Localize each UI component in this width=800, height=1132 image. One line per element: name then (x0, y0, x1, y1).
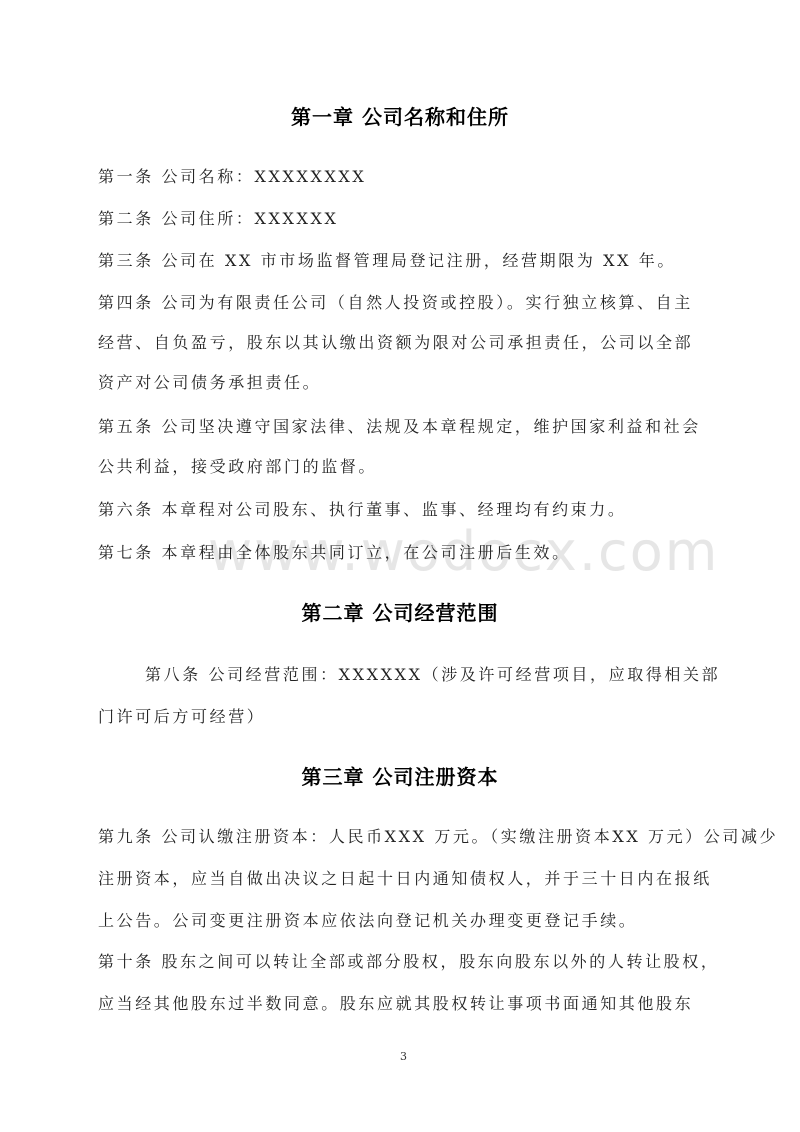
article-3: 第三条 公司在 XX 市市场监督管理局登记注册，经营期限为 XX 年。 (98, 250, 676, 272)
chapter-1-title: 第一章 公司名称和住所 (0, 105, 800, 129)
article-7: 第七条 本章程由全体股东共同订立，在公司注册后生效。 (98, 542, 571, 564)
article-4-line-2: 经营、自负盈亏，股东以其认缴出资额为限对公司承担责任，公司以全部 (98, 332, 693, 354)
article-8-line-2: 门许可后方可经营） (98, 706, 265, 728)
article-6: 第六条 本章程对公司股东、执行董事、监事、经理均有约束力。 (98, 499, 627, 521)
article-5-line-1: 第五条 公司坚决遵守国家法律、法规及本章程规定，维护国家利益和社会 (98, 416, 701, 438)
chapter-3-title: 第三章 公司注册资本 (0, 765, 800, 789)
document-page: www.wodocx.com 第一章 公司名称和住所 第一条 公司名称：XXXX… (0, 0, 800, 1132)
article-10-line-1: 第十条 股东之间可以转让全部或部分股权，股东向股东以外的人转让股权， (98, 951, 720, 973)
article-4-line-1: 第四条 公司为有限责任公司（自然人投资或控股）。实行独立核算、自主 (98, 292, 693, 314)
article-5-line-2: 公共利益，接受政府部门的监督。 (98, 456, 377, 478)
article-1: 第一条 公司名称：XXXXXXXX (98, 166, 366, 188)
article-10-line-2: 应当经其他股东过半数同意。股东应就其股权转让事项书面通知其他股东 (98, 993, 693, 1015)
chapter-2-title: 第二章 公司经营范围 (0, 601, 800, 625)
article-2: 第二条 公司住所：XXXXXX (98, 208, 338, 230)
article-9-line-1: 第九条 公司认缴注册资本：人民币XXX 万元。（实缴注册资本XX 万元）公司减少 (98, 826, 778, 848)
article-9-line-3: 上公告。公司变更注册资本应依法向登记机关办理变更登记手续。 (98, 910, 637, 932)
article-4-line-3: 资产对公司债务承担责任。 (98, 372, 321, 394)
article-8-line-1: 第八条 公司经营范围：XXXXXX（涉及许可经营项目，应取得相关部 (145, 664, 720, 686)
article-9-line-2: 注册资本，应当自做出决议之日起十日内通知债权人，并于三十日内在报纸 (98, 868, 712, 890)
page-number: 3 (400, 1050, 407, 1063)
